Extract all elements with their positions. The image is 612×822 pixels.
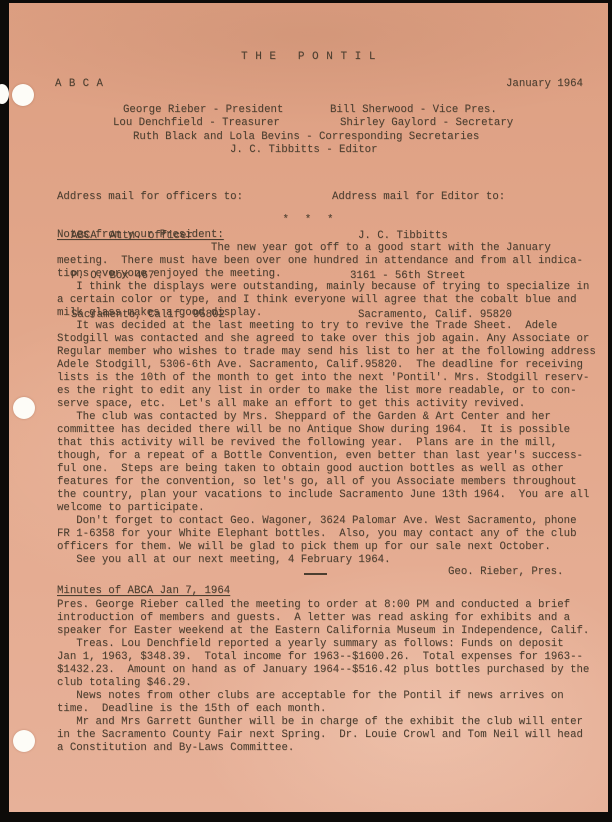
org-abbreviation: A B C A: [55, 78, 103, 91]
punch-hole-middle: [13, 397, 35, 419]
minutes-heading: Minutes of ABCA Jan 7, 1964: [57, 585, 230, 598]
officers-corresponding-secretaries: Ruth Black and Lola Bevins - Correspondi…: [133, 131, 479, 144]
officer-editor: J. C. Tibbitts - Editor: [230, 144, 378, 157]
officer-treasurer: Lou Denchfield - Treasurer: [113, 117, 280, 130]
section-divider-dash: [304, 573, 327, 575]
officer-president: George Rieber - President: [123, 104, 283, 117]
scanned-newsletter: T H E P O N T I L A B C A January 1964 G…: [0, 0, 612, 822]
officer-secretary: Shirley Gaylord - Secretary: [340, 117, 513, 130]
issue-date: January 1964: [506, 78, 583, 91]
newsletter-page: T H E P O N T I L A B C A January 1964 G…: [9, 3, 608, 812]
editor-address-heading: Address mail for Editor to:: [332, 191, 512, 204]
officers-address-heading: Address mail for officers to:: [57, 191, 243, 204]
punch-hole-top: [12, 84, 34, 106]
president-notes-body: The new year got off to a good start wit…: [57, 242, 596, 567]
president-notes-heading: Notes from your President:: [57, 229, 224, 242]
star-separator: * * *: [9, 214, 608, 227]
officer-vice-president: Bill Sherwood - Vice Pres.: [330, 104, 497, 117]
minutes-body: Pres. George Rieber called the meeting t…: [57, 599, 589, 755]
punch-hole-edge-bleed: [0, 84, 9, 104]
newsletter-title: T H E P O N T I L: [9, 51, 608, 64]
president-signature: Geo. Rieber, Pres.: [448, 566, 563, 579]
punch-hole-bottom: [13, 730, 35, 752]
